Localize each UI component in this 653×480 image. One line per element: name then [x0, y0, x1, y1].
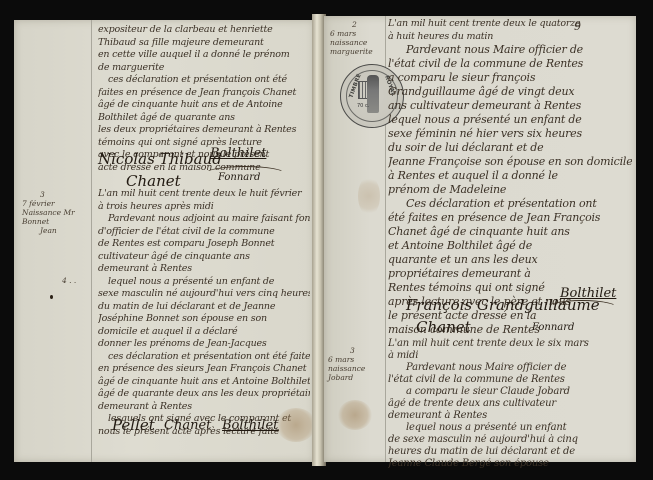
- handwritten-line: Thibaud sa fille majeure demeurant: [98, 37, 310, 50]
- handwritten-line: les deux propriétaires demeurant à Rente…: [98, 124, 310, 137]
- handwritten-line: âgé de quarante deux ans les deux propri…: [98, 388, 310, 401]
- handwritten-line: L'an mil huit cent trente deux le six ma…: [388, 338, 632, 350]
- handwritten-line: propriétaires demeurant à: [388, 267, 632, 281]
- margin-note-line: 6 mars: [330, 29, 373, 38]
- handwritten-line: lequel nous a présenté un enfant: [388, 422, 632, 434]
- signature-bolthilet: Bolthilet: [210, 146, 266, 161]
- handwritten-line: L'an mil huit cent trente deux le huit f…: [98, 188, 310, 201]
- wax-stain: [338, 400, 372, 430]
- handwritten-line: âgé de cinquante huit ans et Antoine Bol…: [98, 376, 310, 389]
- handwritten-line: à huit heures du matin: [388, 31, 632, 44]
- handwritten-line: à Rentes et auquel il a donné le: [388, 169, 632, 183]
- margin-note-line: Jean: [22, 226, 75, 235]
- handwritten-line: expositeur de la clarbeau et henriette: [98, 24, 310, 37]
- handwritten-line: Jeanne Françoise son épouse en son domic…: [388, 155, 632, 169]
- margin-note-line: naissance: [328, 364, 365, 373]
- handwritten-line: Chanet âgé de cinquante huit ans: [388, 225, 632, 239]
- handwritten-line: demeurant à Rentes: [98, 401, 310, 414]
- handwritten-line: et Antoine Bolthilet âgé de: [388, 239, 632, 253]
- right-page: 9 2 6 mars naissance marguerite TIMBRE R…: [324, 16, 636, 462]
- margin-note-line: Bonnet: [22, 217, 75, 226]
- left-page: expositeur de la clarbeau et henriette T…: [14, 20, 314, 462]
- faint-stain: [358, 176, 380, 216]
- handwritten-line: âgé de cinquante huit ans et de Antoine: [98, 99, 310, 112]
- handwritten-line: de marguerite: [98, 62, 310, 75]
- handwritten-line: domicile et auquel il a déclaré: [98, 326, 310, 339]
- handwritten-line: d'officier de l'état civil de la commune: [98, 226, 310, 239]
- signature-flourish: [204, 166, 286, 182]
- handwritten-line: quarante et un ans les deux: [388, 253, 632, 267]
- handwritten-line: à trois heures après midi: [98, 201, 310, 214]
- handwritten-line: ces déclaration et présentation ont été: [98, 74, 310, 87]
- handwritten-line: heures du matin de lui déclarant et de: [388, 446, 632, 458]
- stamp-value: 70 c.: [357, 103, 369, 109]
- signature-pellet: Pellet: [112, 416, 155, 434]
- handwritten-line: a comparu le sieur françois: [388, 71, 632, 85]
- margin-note-line: marguerite: [330, 47, 373, 56]
- handwritten-line: L'an mil huit cent trente deux le quator…: [388, 18, 632, 31]
- margin-note-line: 7 février: [22, 199, 75, 208]
- margin-mark: 4 . .: [62, 276, 76, 285]
- margin-rule: [91, 20, 92, 462]
- water-stain: [276, 408, 316, 442]
- signature-fonnard: Fonnard: [532, 322, 574, 333]
- margin-note-line: 6 mars: [328, 355, 365, 364]
- handwritten-line: Pardevant nous adjoint au maire faisant …: [98, 213, 310, 226]
- margin-note-line: Naissance Mr: [22, 208, 75, 217]
- margin-note-record: 2 6 mars naissance marguerite: [330, 20, 373, 56]
- handwritten-line: Joséphine Bonnet son épouse en son: [98, 313, 310, 326]
- handwritten-line: âgé de trente deux ans cultivateur: [388, 398, 632, 410]
- signature-flourish: [546, 300, 618, 316]
- handwritten-line: ces déclaration et présentation ont été …: [98, 351, 310, 364]
- handwritten-line: demeurant à Rentes: [98, 263, 310, 276]
- margin-note-record: 3 7 février Naissance Mr Bonnet Jean: [22, 190, 75, 235]
- margin-note-line: Jobard: [328, 373, 365, 382]
- handwritten-line: Pardevant nous Maire officier de: [388, 362, 632, 374]
- record-number: 2: [330, 20, 373, 29]
- signature-bolthilet: Bolthilet: [560, 286, 616, 301]
- handwritten-line: faites en présence de Jean françois Chan…: [98, 87, 310, 100]
- handwritten-line: sexe féminin né hier vers six heures: [388, 127, 632, 141]
- handwritten-line: demeurant à Rentes: [388, 410, 632, 422]
- handwritten-line: Pardevant nous Maire officier de: [388, 43, 632, 57]
- handwritten-line: a comparu le sieur Claude Jobard: [388, 386, 632, 398]
- handwritten-line: du matin de lui déclarant et de Jeanne: [98, 301, 310, 314]
- record-text-bottom: L'an mil huit cent trente deux le six ma…: [388, 338, 632, 470]
- margin-note-line: naissance: [330, 38, 373, 47]
- handwritten-line: l'état civil de la commune de Rentes: [388, 57, 632, 71]
- handwritten-line: en cette ville auquel il a donné le prén…: [98, 49, 310, 62]
- handwritten-line: témoins qui ont signé après lecture: [98, 137, 310, 150]
- handwritten-line: lequel nous a présenté un enfant de: [388, 113, 632, 127]
- signature-thibaud: Nicolas Thibaud: [98, 150, 222, 168]
- handwritten-line: ans cultivateur demeurant à Rentes: [388, 99, 632, 113]
- handwritten-line: Grandguillaume âgé de vingt deux: [388, 85, 632, 99]
- handwritten-line: du soir de lui déclarant et de: [388, 141, 632, 155]
- handwritten-line: Ces déclaration et présentation ont: [388, 197, 632, 211]
- signature-bolthilet: Bolthilet: [222, 418, 278, 433]
- handwritten-line: l'état civil de la commune de Rentes: [388, 374, 632, 386]
- handwritten-line: Jeanne Claude Bergé son épouse: [388, 458, 632, 470]
- handwritten-line: de sexe masculin né aujourd'hui à cinq: [388, 434, 632, 446]
- handwritten-line: donner les prénoms de Jean-Jacques: [98, 338, 310, 351]
- record-text-bottom: L'an mil huit cent trente deux le huit f…: [98, 188, 310, 438]
- handwritten-line: Bolthilet âgé de quarante ans: [98, 112, 310, 125]
- handwritten-line: lequel nous a présenté un enfant de: [98, 276, 310, 289]
- record-number: 3: [328, 346, 365, 355]
- ink-blot: [50, 295, 53, 299]
- signature-chanet: Chanet: [164, 418, 211, 433]
- margin-note-record: 3 6 mars naissance Jobard: [328, 346, 365, 382]
- handwritten-line: de Rentes est comparu Joseph Bonnet: [98, 238, 310, 251]
- handwritten-line: cultivateur âgé de cinquante ans: [98, 251, 310, 264]
- handwritten-line: prénom de Madeleine: [388, 183, 632, 197]
- handwritten-line: en présence des sieurs Jean François Cha…: [98, 363, 310, 376]
- record-number: 3: [22, 190, 75, 199]
- signature-chanet: Chanet: [416, 318, 471, 336]
- handwritten-line: été faites en présence de Jean François: [388, 211, 632, 225]
- handwritten-line: à midi: [388, 350, 632, 362]
- handwritten-line: sexe masculin né aujourd'hui vers cinq h…: [98, 288, 310, 301]
